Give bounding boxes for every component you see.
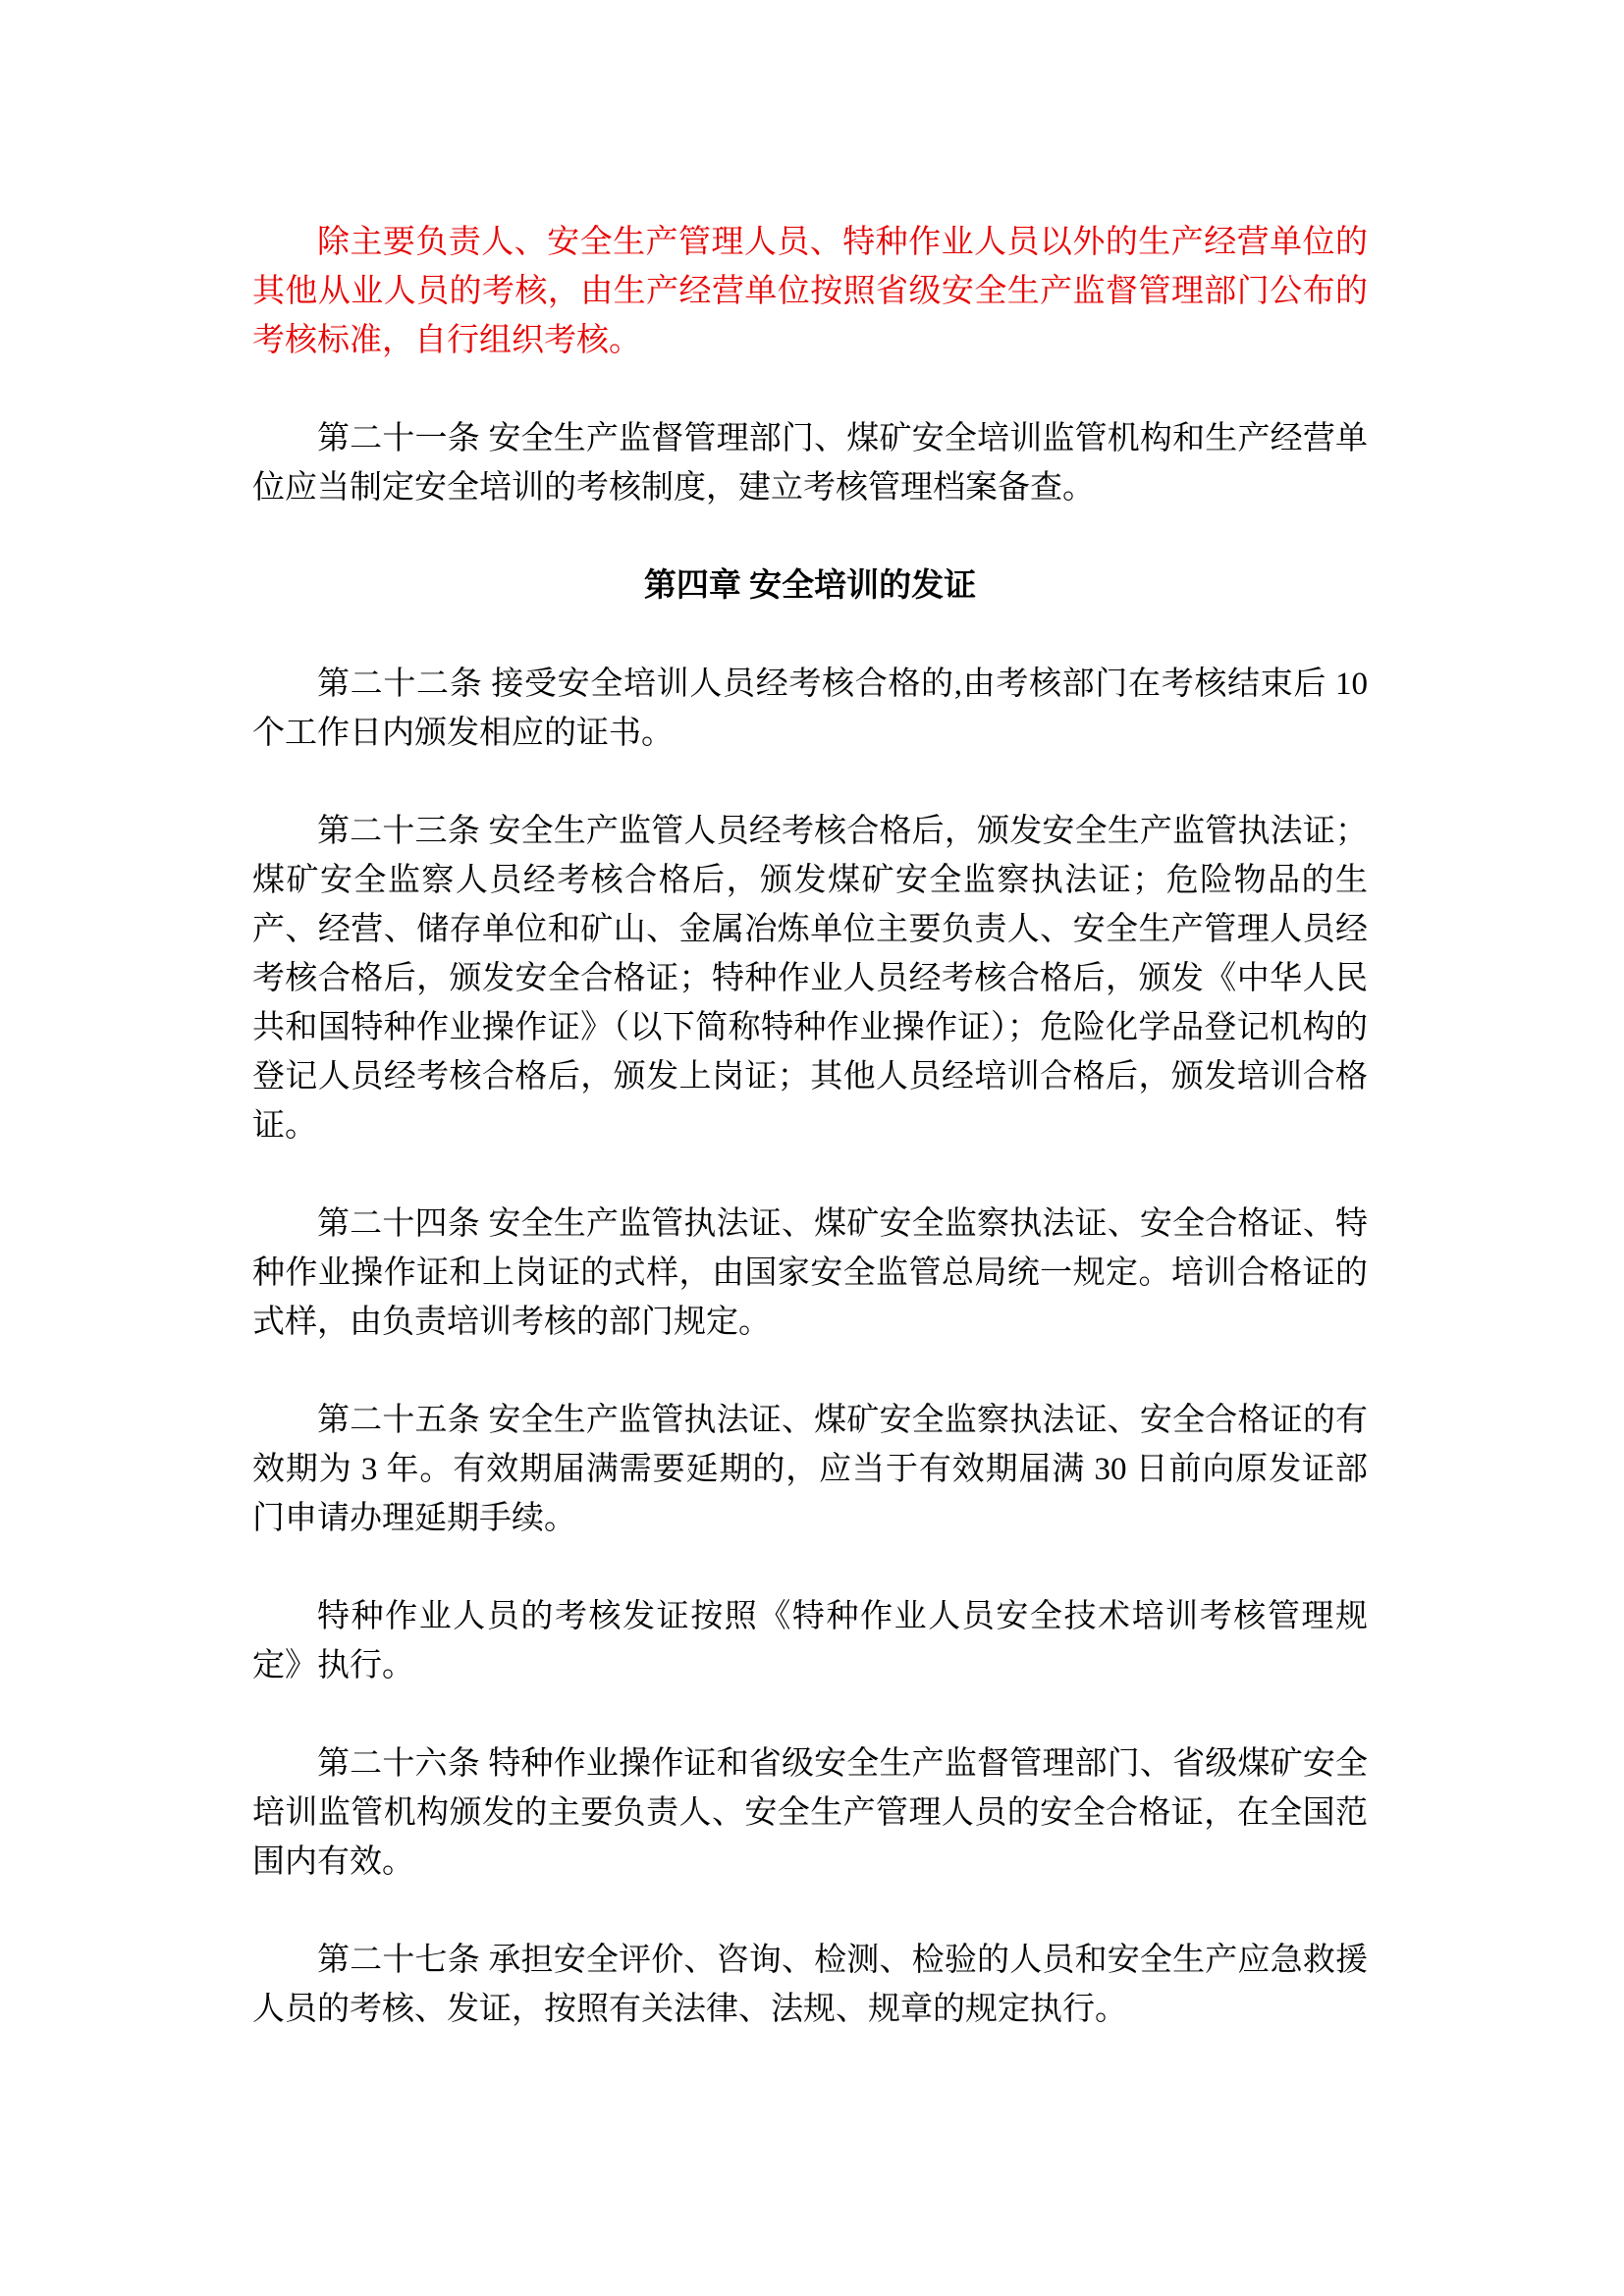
article-21-paragraph: 第二十一条 安全生产监督管理部门、煤矿安全培训监管机构和生产经营单位应当制定安全… [252, 414, 1368, 512]
red-note-paragraph: 除主要负责人、安全生产管理人员、特种作业人员以外的生产经营单位的其他从业人员的考… [252, 218, 1368, 365]
document-page: 除主要负责人、安全生产管理人员、特种作业人员以外的生产经营单位的其他从业人员的考… [0, 0, 1624, 2296]
article-23-paragraph: 第二十三条 安全生产监管人员经考核合格后，颁发安全生产监管执法证；煤矿安全监察人… [252, 807, 1368, 1150]
article-26-paragraph: 第二十六条 特种作业操作证和省级安全生产监督管理部门、省级煤矿安全培训监管机构颁… [252, 1739, 1368, 1887]
article-27-paragraph: 第二十七条 承担安全评价、咨询、检测、检验的人员和安全生产应急救援人员的考核、发… [252, 1936, 1368, 2034]
chapter-4-heading: 第四章 安全培训的发证 [252, 561, 1368, 611]
article-25-paragraph: 第二十五条 安全生产监管执法证、煤矿安全监察执法证、安全合格证的有效期为 3 年… [252, 1396, 1368, 1543]
special-operations-note-paragraph: 特种作业人员的考核发证按照《特种作业人员安全技术培训考核管理规定》执行。 [252, 1592, 1368, 1690]
article-24-paragraph: 第二十四条 安全生产监管执法证、煤矿安全监察执法证、安全合格证、特种作业操作证和… [252, 1200, 1368, 1347]
page-content: 除主要负责人、安全生产管理人员、特种作业人员以外的生产经营单位的其他从业人员的考… [252, 218, 1368, 2083]
article-22-paragraph: 第二十二条 接受安全培训人员经考核合格的,由考核部门在考核结束后 10 个工作日… [252, 660, 1368, 758]
